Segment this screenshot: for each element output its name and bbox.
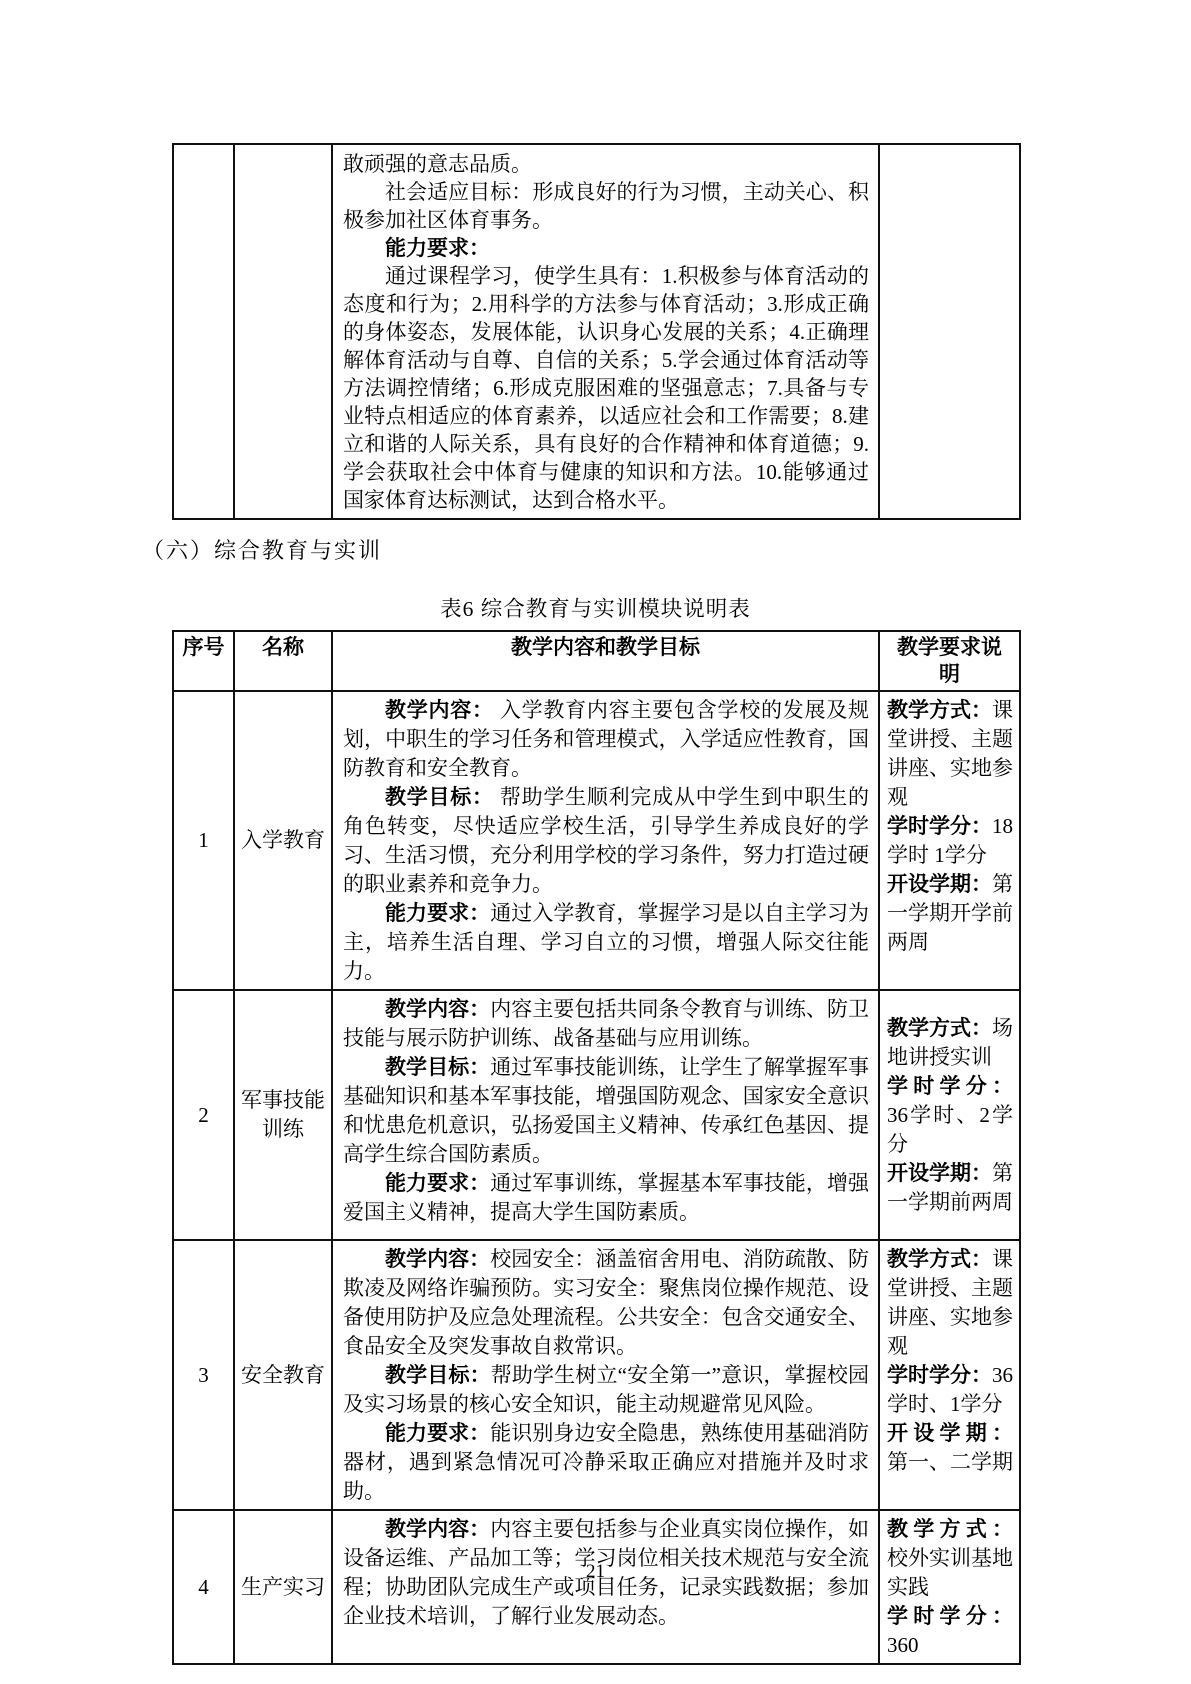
paragraph: 教学目标： 帮助学生顺利完成从中学生到中职生的角色转变，尽快适应学校生活，引导学…: [343, 783, 869, 899]
header-row: 序号名称教学内容和教学目标教学要求说明: [173, 631, 1020, 691]
continuation-text-cell: 敢顽强的意志品质。社会适应目标：形成良好的行为习惯，主动关心、积极参加社区体育事…: [332, 144, 879, 519]
field-text: 敢顽强的意志品质。: [343, 152, 532, 176]
section-heading: （六）综合教育与实训: [142, 534, 382, 565]
field-label: 能力要求：: [385, 236, 490, 260]
field-label: 教学目标：: [385, 785, 494, 809]
field-label: 教学内容：: [385, 997, 490, 1021]
paragraph: 教学目标：帮助学生树立“安全第一”意识，掌握校园及实习场景的核心安全知识，能主动…: [343, 1361, 869, 1419]
field-label: 学时学分：: [887, 1074, 1013, 1098]
content-cell: 教学内容：校园安全：涵盖宿舍用电、消防疏散、防欺凌及网络诈骗预防。实习安全：聚焦…: [332, 1240, 879, 1510]
paragraph: 教学方式：课堂讲授、主题讲座、实地参观: [887, 1245, 1013, 1361]
field-label: 能力要求：: [385, 1421, 490, 1445]
paragraph: 社会适应目标：形成良好的行为习惯，主动关心、积极参加社区体育事务。: [343, 178, 869, 234]
module-name: 军事技能训练: [234, 990, 332, 1240]
field-label: 教学方式：: [887, 1517, 1013, 1541]
paragraph: 教学内容：校园安全：涵盖宿舍用电、消防疏散、防欺凌及网络诈骗预防。实习安全：聚焦…: [343, 1245, 869, 1361]
table-row: 3安全教育教学内容：校园安全：涵盖宿舍用电、消防疏散、防欺凌及网络诈骗预防。实习…: [173, 1240, 1020, 1510]
paragraph: 能力要求：通过军事训练，掌握基本军事技能，增强爱国主义精神，提高大学生国防素质。: [343, 1169, 869, 1227]
paragraph: 学时学分：36学时、1学分: [887, 1361, 1013, 1419]
module-name: 生产实习: [234, 1510, 332, 1664]
requirements-cell: 教学方式：课堂讲授、主题讲座、实地参观学时学分：36学时、1学分开设学期： 第一…: [879, 1240, 1020, 1510]
field-text: 通过课程学习，使学生具有：1.积极参与体育活动的态度和行为；2.用科学的方法参与…: [343, 264, 869, 512]
paragraph: 学时学分： 36学时、2学分: [887, 1072, 1013, 1159]
requirements-cell: 教学方式：场地讲授实训学时学分： 36学时、2学分开设学期：第一学期前两周: [879, 990, 1020, 1240]
table-row: 敢顽强的意志品质。社会适应目标：形成良好的行为习惯，主动关心、积极参加社区体育事…: [173, 144, 1020, 519]
field-label: 教学内容：: [385, 698, 494, 722]
field-label: 学时学分：: [887, 814, 992, 838]
field-text: 社会适应目标：形成良好的行为习惯，主动关心、积极参加社区体育事务。: [343, 180, 869, 232]
module-name-cell-empty: [234, 144, 332, 519]
row-number: 4: [173, 1510, 234, 1664]
paragraph: 教学内容： 入学教育内容主要包含学校的发展及规划，中职生的学习任务和管理模式，入…: [343, 696, 869, 783]
field-label: 开设学期：: [887, 1421, 1013, 1445]
paragraph: 教学内容：内容主要包括共同条令教育与训练、防卫技能与展示防护训练、战备基础与应用…: [343, 995, 869, 1053]
paragraph: 学时学分：360: [887, 1602, 1013, 1660]
column-header: 教学内容和教学目标: [332, 631, 879, 691]
requirements-cell: 教学方式： 校外实训基地实践学时学分：360: [879, 1510, 1020, 1664]
paragraph: 教学方式：场地讲授实训: [887, 1014, 1013, 1072]
table-row: 4生产实习教学内容：内容主要包括参与企业真实岗位操作，如设备运维、产品加工等；学…: [173, 1510, 1020, 1664]
content-cell: 教学内容：内容主要包括共同条令教育与训练、防卫技能与展示防护训练、战备基础与应用…: [332, 990, 879, 1240]
content-cell: 教学内容： 入学教育内容主要包含学校的发展及规划，中职生的学习任务和管理模式，入…: [332, 691, 879, 990]
column-header: 名称: [234, 631, 332, 691]
paragraph: 开设学期：第一学期开学前两周: [887, 870, 1013, 957]
field-label: 开设学期：: [887, 1161, 992, 1185]
document-page: 敢顽强的意志品质。社会适应目标：形成良好的行为习惯，主动关心、积极参加社区体育事…: [0, 0, 1191, 1684]
field-label: 能力要求：: [385, 1171, 490, 1195]
requirements-cell-empty: [879, 144, 1020, 519]
field-label: 教学内容：: [385, 1247, 490, 1271]
training-modules-table: 序号名称教学内容和教学目标教学要求说明 1入学教育教学内容： 入学教育内容主要包…: [172, 630, 1021, 1665]
field-label: 能力要求：: [385, 901, 490, 925]
table-caption: 表6 综合教育与实训模块说明表: [0, 592, 1191, 623]
field-text: 第一、二学期: [887, 1450, 1013, 1474]
field-label: 学时学分：: [887, 1604, 1013, 1628]
paragraph: 开设学期： 第一、二学期: [887, 1419, 1013, 1477]
row-number: 1: [173, 691, 234, 990]
field-text: 360: [887, 1633, 919, 1657]
requirements-cell: 教学方式：课堂讲授、主题讲座、实地参观学时学分：18学时 1学分开设学期：第一学…: [879, 691, 1020, 990]
field-text: 36学时、2学分: [887, 1103, 1013, 1156]
paragraph: 教学方式： 校外实训基地实践: [887, 1515, 1013, 1602]
paragraph: 敢顽强的意志品质。: [343, 150, 869, 178]
paragraph: 开设学期：第一学期前两周: [887, 1159, 1013, 1217]
field-label: 教学目标：: [385, 1055, 490, 1079]
paragraph: 能力要求：通过入学教育，掌握学习是以自主学习为主，培养生活自理、学习自立的习惯，…: [343, 899, 869, 986]
table-row: 2军事技能训练教学内容：内容主要包括共同条令教育与训练、防卫技能与展示防护训练、…: [173, 990, 1020, 1240]
column-header: 教学要求说明: [879, 631, 1020, 691]
module-name: 安全教育: [234, 1240, 332, 1510]
paragraph: 通过课程学习，使学生具有：1.积极参与体育活动的态度和行为；2.用科学的方法参与…: [343, 262, 869, 514]
page-number: 21: [0, 1561, 1191, 1583]
row-number: 2: [173, 990, 234, 1240]
field-label: 学时学分：: [887, 1363, 992, 1387]
paragraph: 教学目标：通过军事技能训练，让学生了解掌握军事基础知识和基本军事技能，增强国防观…: [343, 1053, 869, 1169]
row-number-cell-empty: [173, 144, 234, 519]
paragraph: 学时学分：18学时 1学分: [887, 812, 1013, 870]
field-label: 教学目标：: [385, 1363, 491, 1387]
paragraph: 能力要求：: [343, 234, 869, 262]
column-header: 序号: [173, 631, 234, 691]
paragraph: 能力要求：能识别身边安全隐患，熟练使用基础消防器材，遇到紧急情况可冷静采取正确应…: [343, 1419, 869, 1506]
field-label: 开设学期：: [887, 872, 992, 896]
continuation-table: 敢顽强的意志品质。社会适应目标：形成良好的行为习惯，主动关心、积极参加社区体育事…: [172, 143, 1021, 520]
paragraph: 教学方式：课堂讲授、主题讲座、实地参观: [887, 696, 1013, 812]
table-row: 1入学教育教学内容： 入学教育内容主要包含学校的发展及规划，中职生的学习任务和管…: [173, 691, 1020, 990]
module-name: 入学教育: [234, 691, 332, 990]
field-label: 教学方式：: [887, 1247, 992, 1271]
content-cell: 教学内容：内容主要包括参与企业真实岗位操作，如设备运维、产品加工等；学习岗位相关…: [332, 1510, 879, 1664]
field-label: 教学内容：: [385, 1517, 490, 1541]
field-label: 教学方式：: [887, 698, 992, 722]
field-label: 教学方式：: [887, 1016, 992, 1040]
row-number: 3: [173, 1240, 234, 1510]
